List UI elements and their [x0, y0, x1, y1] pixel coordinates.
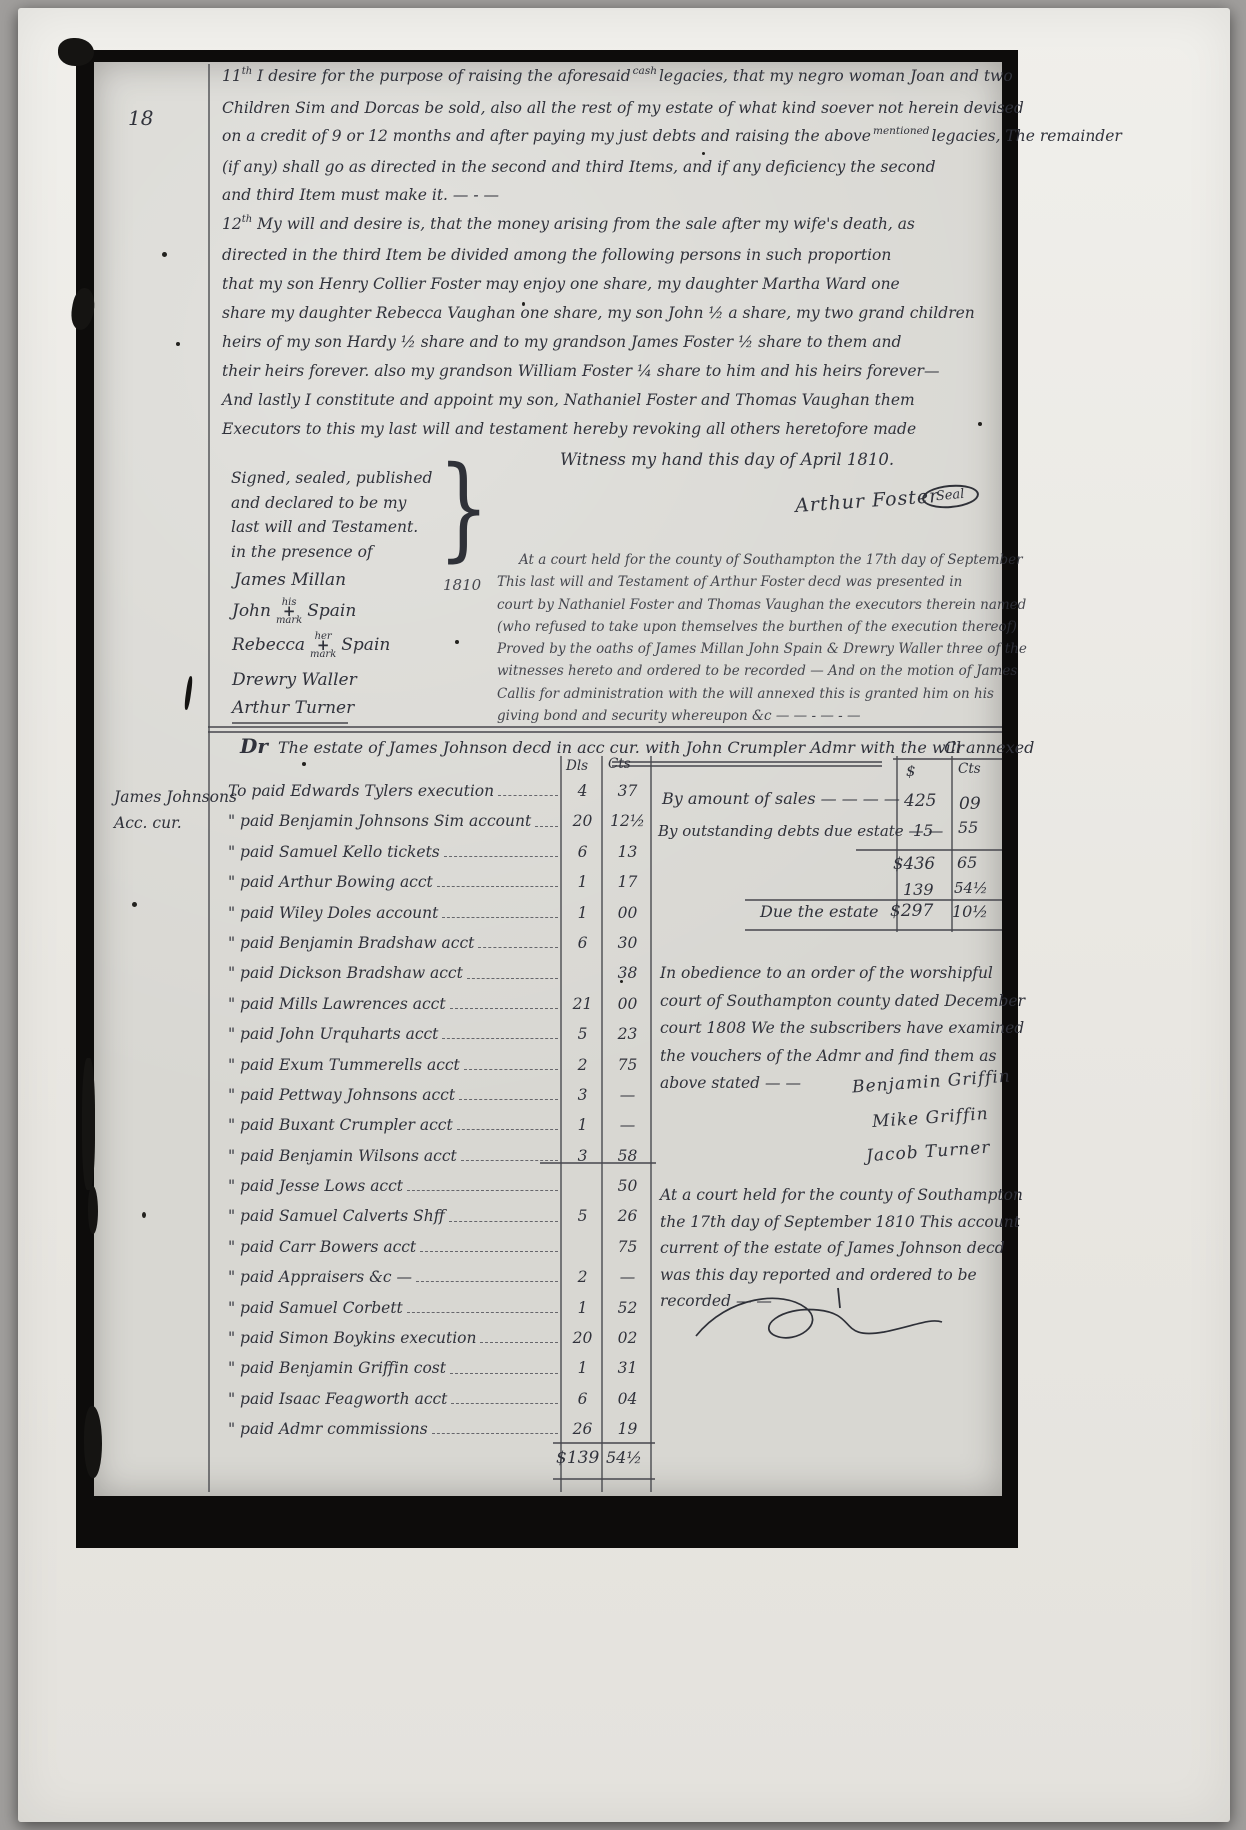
dash-leader — [432, 1420, 558, 1434]
closing-brace: } — [438, 452, 489, 564]
account-title-dr: Dr — [240, 734, 268, 758]
table-row: " paid Buxant Crumpler acct 1 — — [228, 1116, 652, 1146]
text-line: and third Item must make it. — - — — [222, 181, 1122, 210]
dash-leader — [451, 1390, 558, 1404]
dash-leader — [416, 1268, 558, 1282]
ink-blob — [88, 1186, 98, 1234]
credit-rule — [856, 849, 1002, 851]
debit-cents: 12½ — [603, 812, 652, 830]
mark-word: mark — [310, 650, 336, 659]
dash-leader — [478, 934, 558, 948]
text-line: court of Southampton county dated Decemb… — [660, 988, 1025, 1016]
credit-less-cents: 54½ — [954, 879, 988, 897]
debit-cents: 37 — [603, 782, 652, 800]
debit-label: To paid Edwards Tylers execution — [228, 782, 494, 800]
debit-dollars: 1 — [562, 873, 603, 891]
text-line: on a credit of 9 or 12 months and after … — [222, 122, 1122, 153]
credit-header-dollar: $ — [906, 762, 916, 780]
table-row: " paid Dickson Bradshaw acct 38 — [228, 964, 652, 994]
attestation-block: Signed, sealed, published and declared t… — [231, 466, 432, 564]
credit-subtotal-dollars: $436 — [893, 854, 935, 873]
debit-cents: 50 — [603, 1177, 652, 1195]
credit-sales-dollars: 425 — [904, 791, 936, 811]
text-line: In obedience to an order of the worshipf… — [660, 960, 1025, 988]
ink-blob — [82, 1058, 95, 1190]
dash-leader — [449, 1207, 558, 1221]
margin-account-label: James Johnsons Acc. cur. — [114, 784, 237, 836]
speck — [302, 762, 306, 766]
debit-cents: 26 — [603, 1207, 652, 1225]
section-rule — [208, 726, 1002, 728]
text-line: James Johnsons — [114, 784, 237, 810]
debit-cents: — — [603, 1086, 652, 1104]
debit-cents: 00 — [603, 904, 652, 922]
debit-dollars: 5 — [562, 1025, 603, 1043]
page-number: 18 — [128, 106, 153, 130]
debit-dollars: 6 — [562, 843, 603, 861]
credit-rule — [893, 758, 1002, 760]
credit-rule — [745, 929, 1002, 931]
table-row: " paid Samuel Corbett 1 52 — [228, 1299, 652, 1329]
text-line: Proved by the oaths of James Millan John… — [497, 638, 1027, 660]
probate-paragraph: At a court held for the county of Southa… — [497, 549, 1027, 727]
debit-label: " paid Dickson Bradshaw acct — [228, 964, 463, 982]
text-line: This last will and Testament of Arthur F… — [497, 571, 1027, 593]
speck — [132, 902, 137, 907]
debit-dollars: 26 — [562, 1420, 603, 1438]
debit-cents: — — [603, 1116, 652, 1134]
witness-drewry-waller: Drewry Waller — [232, 670, 357, 690]
credit-cr-label: Cr — [944, 738, 964, 757]
debit-label: " paid Isaac Feagworth acct — [228, 1390, 447, 1408]
credit-debts-cents: 55 — [958, 818, 978, 837]
interlinear-insert: cash — [633, 65, 657, 77]
text-line: (who refused to take upon themselves the… — [497, 616, 1027, 638]
text-line: current of the estate of James Johnson d… — [660, 1235, 1023, 1262]
speck — [176, 342, 180, 346]
credit-header-cents: Cts — [958, 761, 981, 777]
flourish-svg — [688, 1286, 948, 1358]
witness-name: Spain — [307, 601, 356, 621]
debit-label: " paid Appraisers &c — — [228, 1268, 412, 1286]
paragraph-lines: This last will and Testament of Arthur F… — [497, 571, 1027, 727]
debit-cents: 75 — [603, 1056, 652, 1074]
text-line: Callis for administration with the will … — [497, 683, 1027, 705]
dash-leader — [407, 1299, 558, 1313]
debit-cents: 23 — [603, 1025, 652, 1043]
table-row: To paid Edwards Tylers execution 4 37 — [228, 782, 652, 812]
table-row: " paid Benjamin Griffin cost 1 31 — [228, 1359, 652, 1389]
text-line: and declared to be my — [231, 491, 432, 516]
witness-clause: Witness my hand this day of April 1810. — [560, 450, 894, 469]
debit-label: " paid Admr commissions — [228, 1420, 428, 1438]
debit-cents: 04 — [603, 1390, 652, 1408]
title-underline — [612, 765, 882, 767]
text-line: the 17th day of September 1810 This acco… — [660, 1209, 1023, 1236]
debit-dollars: 20 — [562, 1329, 603, 1347]
debit-cents: 75 — [603, 1238, 652, 1256]
text-line: directed in the third Item be divided am… — [222, 241, 975, 270]
table-row: " paid Carr Bowers acct 75 — [228, 1238, 652, 1268]
credit-rule — [745, 899, 1002, 901]
dash-leader — [459, 1086, 558, 1100]
table-row: " paid Benjamin Bradshaw acct 6 30 — [228, 934, 652, 964]
text-line: witnesses hereto and ordered to be recor… — [497, 660, 1027, 682]
seal-mark: Seal — [922, 484, 979, 508]
debit-dollars: 20 — [562, 812, 603, 830]
title-underline — [612, 761, 882, 763]
dash-leader — [480, 1329, 558, 1343]
text-line: Children Sim and Dorcas be sold, also al… — [222, 94, 1122, 123]
table-row: " paid Arthur Bowing acct 1 17 — [228, 873, 652, 903]
table-row: " paid Samuel Kello tickets 6 13 — [228, 843, 652, 873]
debit-dollars: 6 — [562, 1390, 603, 1408]
witness-name: Spain — [341, 635, 390, 655]
column-header-dollars: Dls — [566, 758, 588, 774]
text-line: in the presence of — [231, 540, 432, 565]
dash-leader — [450, 1359, 558, 1373]
table-row: " paid Wiley Doles account 1 00 — [228, 904, 652, 934]
will-item-12: 12th My will and desire is, that the mon… — [222, 210, 975, 444]
speck — [142, 1212, 146, 1218]
text-line: was this day reported and ordered to be — [660, 1262, 1023, 1289]
debit-label: " paid Jesse Lows acct — [228, 1177, 403, 1195]
credit-less-dollars: 139 — [903, 880, 934, 899]
witness-name: John — [232, 601, 271, 621]
debit-label: " paid Benjamin Wilsons acct — [228, 1147, 457, 1165]
table-row: " paid Admr commissions 26 19 — [228, 1420, 652, 1450]
account-title: The estate of James Johnson decd in acc … — [278, 738, 1034, 757]
debit-cents: 02 — [603, 1329, 652, 1347]
witness-arthur-turner: Arthur Turner — [232, 698, 354, 718]
seal-oval: Seal — [921, 483, 979, 511]
debit-label: " paid John Urquharts acct — [228, 1025, 438, 1043]
debit-table: To paid Edwards Tylers execution 4 37 " … — [228, 782, 652, 1451]
speck — [978, 422, 982, 426]
probate-year: 1810 — [443, 576, 481, 594]
credit-row-debts: By outstanding debts due estate — — — [658, 822, 943, 840]
debit-label: " paid Pettway Johnsons acct — [228, 1086, 455, 1104]
speck — [162, 252, 167, 257]
line-text: My will and desire is, that the money ar… — [257, 215, 915, 233]
item-marker-suffix: th — [242, 66, 252, 77]
dash-leader — [407, 1177, 558, 1191]
table-row: " paid Isaac Feagworth acct 6 04 — [228, 1390, 652, 1420]
due-estate-label: Due the estate — [760, 902, 879, 921]
table-row: " paid Benjamin Johnsons Sim account 20 … — [228, 812, 652, 842]
debit-cents: — — [603, 1268, 652, 1286]
debit-label: " paid Benjamin Johnsons Sim account — [228, 812, 531, 830]
debit-total-dollars: $139 — [556, 1448, 599, 1468]
witness-john-spain: Johnhis+markSpain — [232, 598, 356, 625]
credit-subtotal-cents: 65 — [957, 853, 977, 872]
text-line: At a court held for the county of Southa… — [660, 1182, 1023, 1209]
dash-leader — [457, 1116, 558, 1130]
text-line: their heirs forever. also my grandson Wi… — [222, 357, 975, 386]
line-text: I desire for the purpose of raising the … — [257, 67, 631, 85]
dash-leader — [420, 1238, 558, 1252]
will-item-11: 11th I desire for the purpose of raising… — [222, 62, 1122, 210]
debit-dollars: 1 — [562, 1116, 603, 1134]
debit-cents: 17 — [603, 873, 652, 891]
debit-label: " paid Mills Lawrences acct — [228, 995, 446, 1013]
debit-dollars: 5 — [562, 1207, 603, 1225]
dash-leader — [437, 873, 558, 887]
table-row: " paid Mills Lawrences acct 21 00 — [228, 995, 652, 1025]
ink-blob — [58, 38, 94, 66]
credit-sales-cents: 09 — [959, 794, 981, 814]
text-line: giving bond and security whereupon &c — … — [497, 705, 1027, 727]
dash-leader — [444, 843, 558, 857]
debit-cents: 31 — [603, 1359, 652, 1377]
text-line: court by Nathaniel Foster and Thomas Vau… — [497, 594, 1027, 616]
text-line: heirs of my son Hardy ½ share and to my … — [222, 328, 975, 357]
debit-label: " paid Arthur Bowing acct — [228, 873, 433, 891]
clerk-flourish — [688, 1286, 948, 1358]
item-marker-suffix: th — [242, 214, 252, 225]
dash-leader — [467, 964, 558, 978]
debit-dollars: 2 — [562, 1056, 603, 1074]
debit-label: " paid Carr Bowers acct — [228, 1238, 416, 1256]
table-row: " paid Pettway Johnsons acct 3 — — [228, 1086, 652, 1116]
text-line: At a court held for the county of Southa… — [497, 549, 1027, 571]
text-line: the vouchers of the Admr and find them a… — [660, 1043, 1025, 1071]
debit-dollars: 1 — [562, 1299, 603, 1317]
scanned-document-page: { "page": { "number": "18" }, "will": { … — [0, 0, 1246, 1830]
text-line: Signed, sealed, published — [231, 466, 432, 491]
dash-leader — [442, 904, 558, 918]
interlinear-insert: mentioned — [873, 125, 930, 137]
text-line: last will and Testament. — [231, 515, 432, 540]
line-text: legacies, that my negro woman Joan and t… — [659, 67, 1013, 85]
debit-cents: 52 — [603, 1299, 652, 1317]
text-line: Executors to this my last will and testa… — [222, 415, 975, 444]
witness-james-millan: James Millan — [234, 570, 346, 590]
debit-cents: 19 — [603, 1420, 652, 1438]
dash-leader — [442, 1025, 558, 1039]
line-text: legacies, The remainder — [932, 127, 1122, 145]
debit-label: " paid Exum Tummerells acct — [228, 1056, 460, 1074]
table-row: " paid Jesse Lows acct 50 — [228, 1177, 652, 1207]
line-text: on a credit of 9 or 12 months and after … — [222, 127, 871, 145]
table-row: " paid Simon Boykins execution 20 02 — [228, 1329, 652, 1359]
text-line: 11th I desire for the purpose of raising… — [222, 62, 1122, 94]
due-estate-cents: 10½ — [952, 902, 988, 921]
debit-cents: 00 — [603, 995, 652, 1013]
her-mark-cross: her+mark — [310, 632, 336, 659]
margin-rule — [208, 64, 210, 1492]
debit-label: " paid Simon Boykins execution — [228, 1329, 476, 1347]
debit-label: " paid Samuel Calverts Shff — [228, 1207, 445, 1225]
debit-label: " paid Buxant Crumpler acct — [228, 1116, 453, 1134]
debit-dollars: 1 — [562, 1359, 603, 1377]
speck — [455, 640, 459, 644]
mark-word: mark — [276, 616, 302, 625]
debit-dollars: 2 — [562, 1268, 603, 1286]
witness-rebecca-spain: Rebeccaher+markSpain — [232, 632, 390, 659]
dash-leader — [464, 1056, 558, 1070]
debit-dollars: 21 — [562, 995, 603, 1013]
dash-leader — [498, 782, 558, 796]
credit-debts-dollars: 15 — [913, 821, 933, 840]
text-line: share my daughter Rebecca Vaughan one sh… — [222, 299, 975, 328]
witness-name: Rebecca — [232, 635, 305, 655]
due-estate-dollars: $297 — [890, 901, 933, 921]
debit-cents: 13 — [603, 843, 652, 861]
table-row: " paid Appraisers &c — 2 — — [228, 1268, 652, 1298]
debit-dollars: 6 — [562, 934, 603, 952]
debit-label: " paid Samuel Kello tickets — [228, 843, 440, 861]
total-rule — [553, 1442, 655, 1444]
debit-dollars: 1 — [562, 904, 603, 922]
table-row: " paid Exum Tummerells acct 2 75 — [228, 1056, 652, 1086]
paragraph-lines: directed in the third Item be divided am… — [222, 241, 975, 444]
table-row: " paid John Urquharts acct 5 23 — [228, 1025, 652, 1055]
ink-blob — [84, 1406, 102, 1478]
text-line: And lastly I constitute and appoint my s… — [222, 386, 975, 415]
underline — [232, 722, 348, 724]
debit-label: " paid Wiley Doles account — [228, 904, 438, 922]
section-rule — [208, 731, 1002, 733]
debit-label: " paid Samuel Corbett — [228, 1299, 403, 1317]
table-rule — [540, 1162, 656, 1164]
debit-total-cents: 54½ — [606, 1448, 642, 1467]
text-line: court 1808 We the subscribers have exami… — [660, 1015, 1025, 1043]
text-line: (if any) shall go as directed in the sec… — [222, 153, 1122, 182]
item-marker: 11 — [222, 67, 242, 85]
total-rule — [553, 1478, 655, 1480]
debit-dollars: 4 — [562, 782, 603, 800]
his-mark-cross: his+mark — [276, 598, 302, 625]
dash-leader — [450, 995, 558, 1009]
dash-leader — [461, 1147, 558, 1161]
text-line: Acc. cur. — [114, 810, 237, 836]
debit-dollars: 3 — [562, 1086, 603, 1104]
credit-row-sales: By amount of sales — — — — — [662, 789, 900, 808]
dash-leader — [535, 812, 558, 826]
debit-cents: 30 — [603, 934, 652, 952]
text-line: that my son Henry Collier Foster may enj… — [222, 270, 975, 299]
table-row: " paid Samuel Calverts Shff 5 26 — [228, 1207, 652, 1237]
item-marker: 12 — [222, 215, 242, 233]
text-line: 12th My will and desire is, that the mon… — [222, 210, 975, 241]
debit-label: " paid Benjamin Bradshaw acct — [228, 934, 474, 952]
column-header-cents: Cts — [608, 756, 631, 772]
debit-cents: 38 — [603, 964, 652, 982]
debit-label: " paid Benjamin Griffin cost — [228, 1359, 446, 1377]
